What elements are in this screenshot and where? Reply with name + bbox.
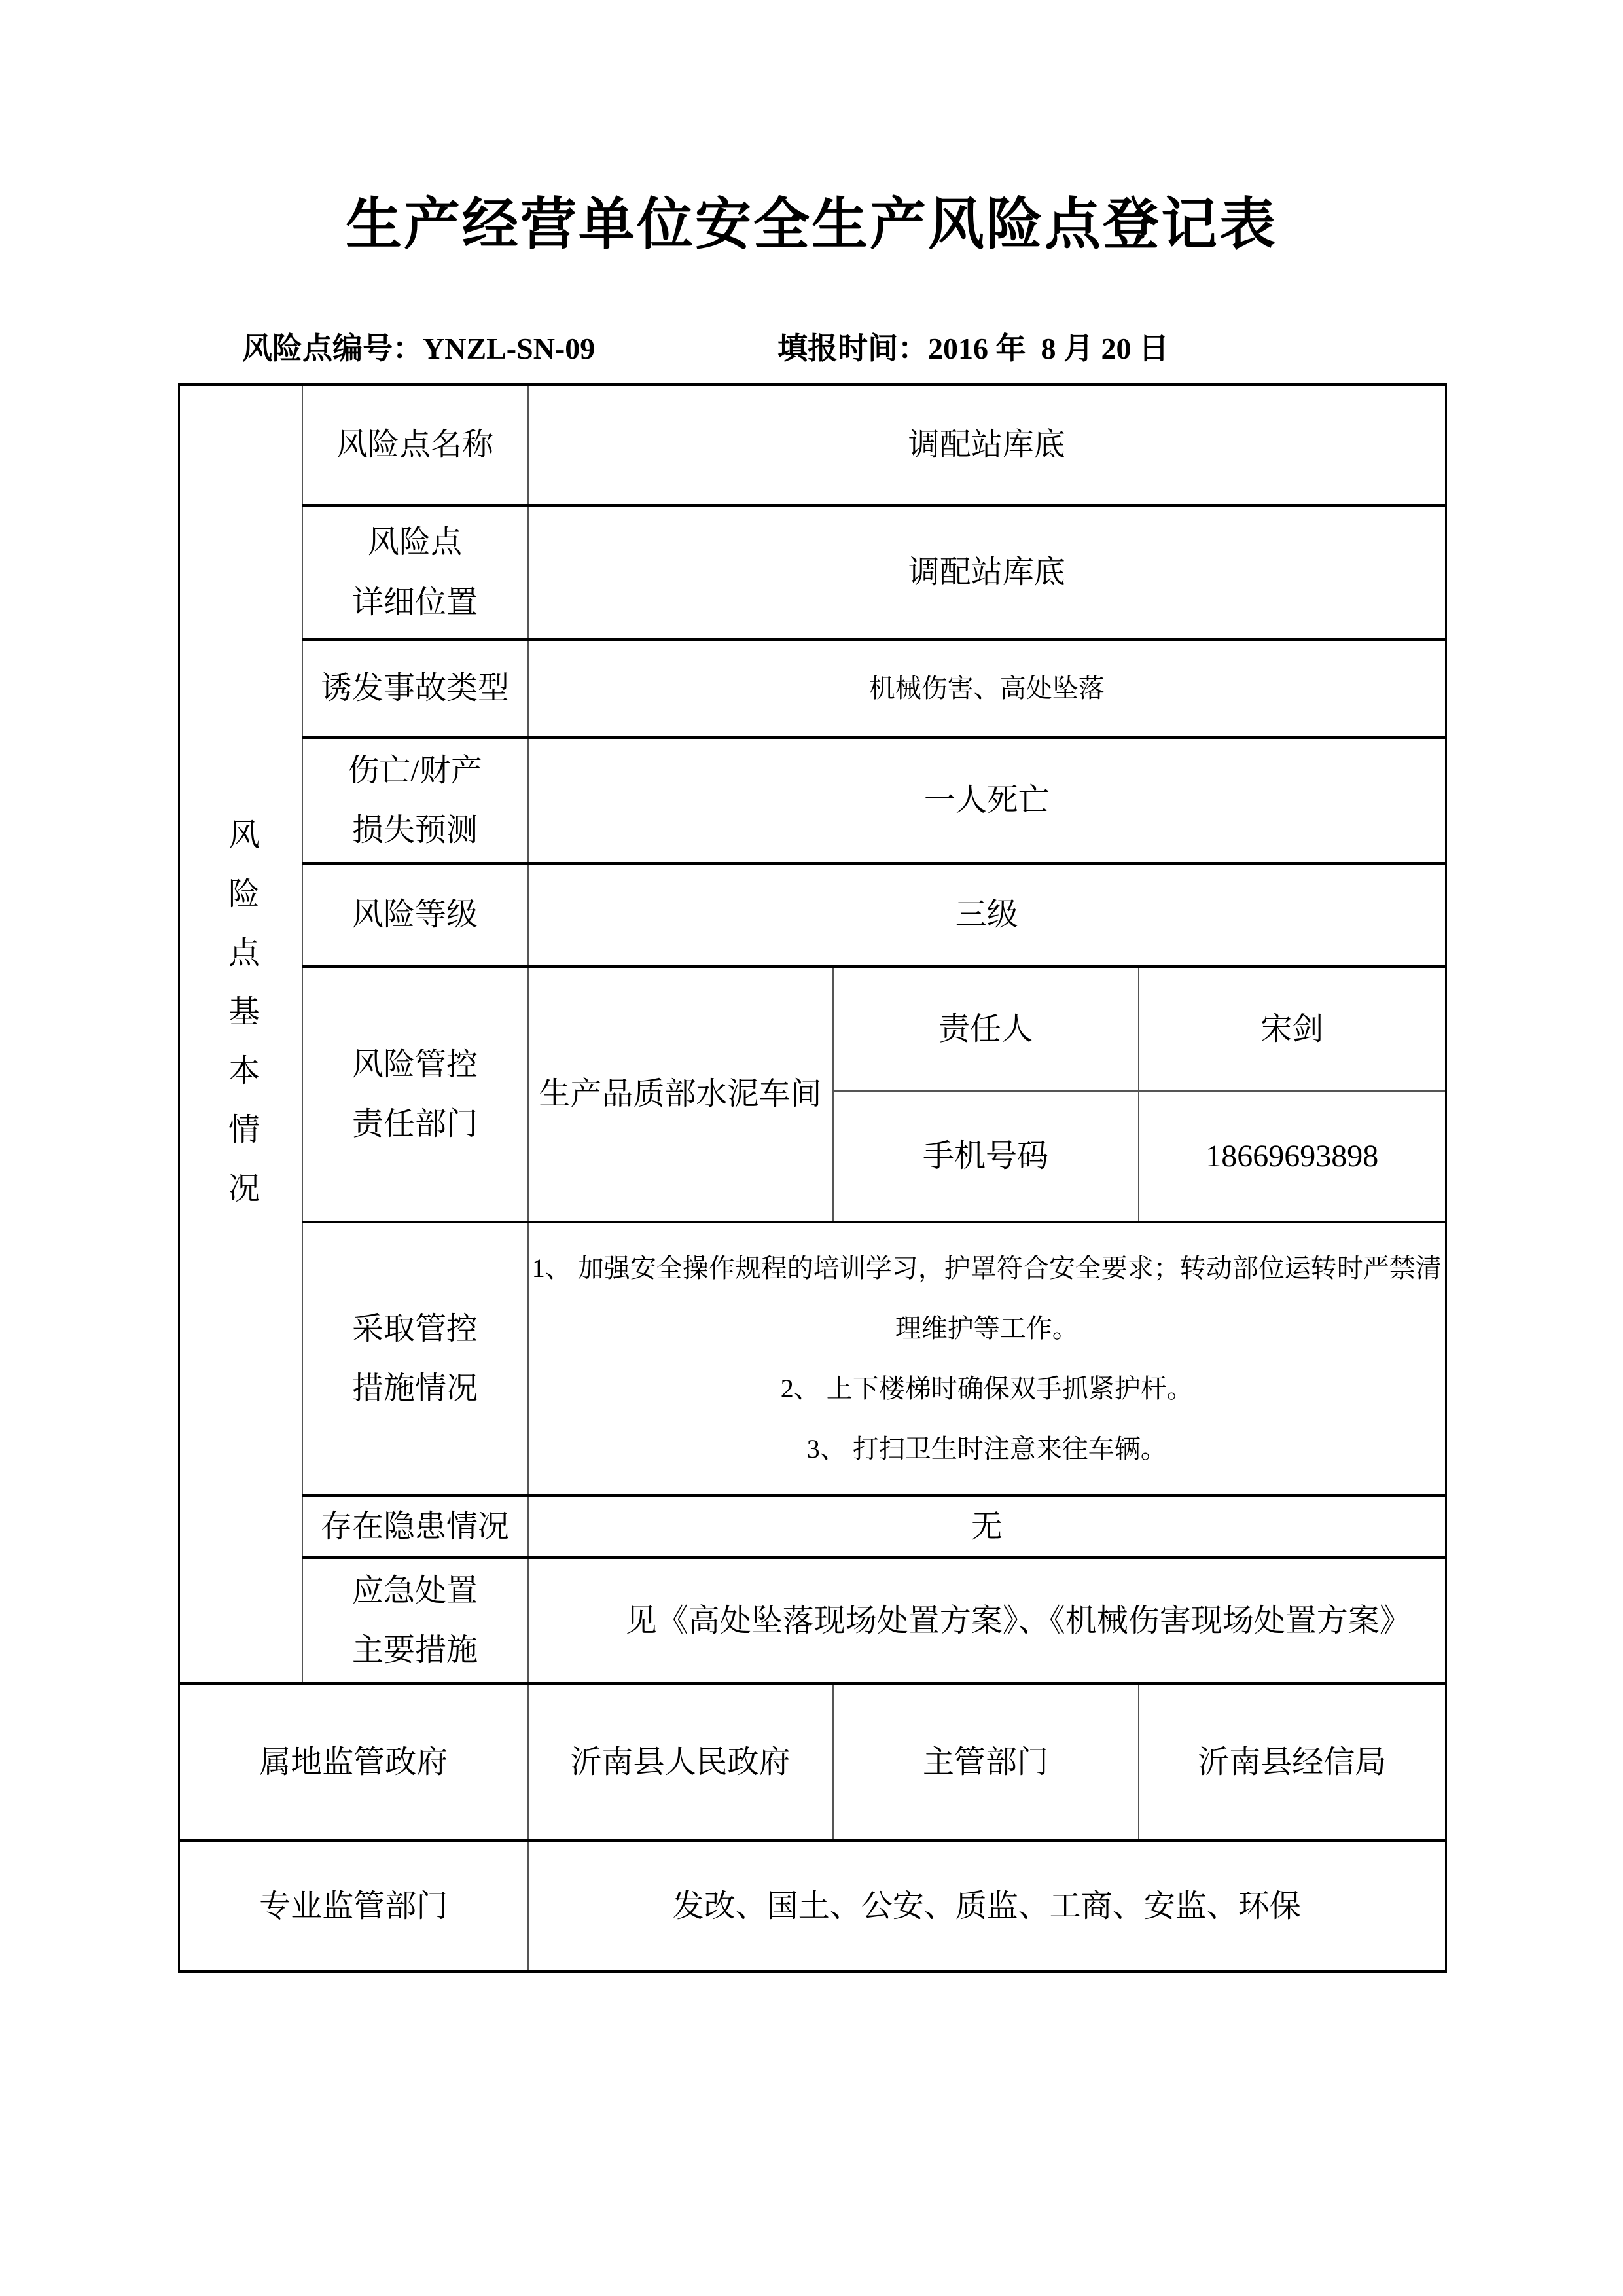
value-accident-type: 机械伤害、高处坠落	[528, 639, 1446, 738]
page-title: 生产经营单位安全生产风险点登记表	[0, 194, 1623, 256]
side-header-text: 风险点基本情况	[222, 818, 260, 1230]
value-local-gov: 沂南县人民政府	[528, 1683, 833, 1840]
side-header-cell: 风险点基本情况	[179, 384, 302, 1683]
value-existing-hazards: 无	[528, 1496, 1446, 1558]
value-emergency-measures: 见《高处坠落现场处置方案》、《机械伤害现场处置方案》	[528, 1558, 1446, 1683]
value-risk-name: 调配站库底	[528, 384, 1446, 505]
label-phone-number: 手机号码	[833, 1091, 1139, 1222]
fill-date: 填报时间：2016 年 8 月 20 日	[777, 326, 1169, 372]
risk-number: 风险点编号：YNZL-SN-09	[242, 326, 595, 372]
value-control-dept: 生产品质部水泥车间	[528, 967, 833, 1222]
label-control-dept: 风险管控 责任部门	[302, 967, 528, 1222]
label-risk-name: 风险点名称	[302, 384, 528, 505]
value-risk-level: 三级	[528, 863, 1446, 967]
label-responsible-person: 责任人	[833, 967, 1139, 1091]
value-prof-supervision: 发改、国土、公安、质监、工商、安监、环保	[528, 1840, 1446, 1971]
label-control-measures: 采取管控 措施情况	[302, 1222, 528, 1496]
value-responsible-person: 宋剑	[1139, 967, 1446, 1091]
value-risk-location: 调配站库底	[528, 505, 1446, 639]
label-accident-type: 诱发事故类型	[302, 639, 528, 738]
value-dept-in-charge: 沂南县经信局	[1139, 1683, 1446, 1840]
fill-date-value: 2016 年 8 月 20 日	[928, 332, 1169, 365]
measure-item-2: 2、 上下楼梯时确保双手抓紧护杆。	[529, 1359, 1446, 1419]
measure-item-1: 1、 加强安全操作规程的培训学习，护罩符合安全要求；转动部位运转时严禁清理维护等…	[529, 1238, 1446, 1359]
value-loss-forecast: 一人死亡	[528, 738, 1446, 863]
label-existing-hazards: 存在隐患情况	[302, 1496, 528, 1558]
risk-number-value: YNZL-SN-09	[423, 332, 595, 365]
label-dept-in-charge: 主管部门	[833, 1683, 1139, 1840]
measure-item-3: 3、 打扫卫生时注意来往车辆。	[529, 1419, 1446, 1479]
risk-register-table: 风险点基本情况 风险点名称 调配站库底 风险点 详细位置 调配站库底 诱发事故类…	[178, 383, 1447, 1973]
label-risk-level: 风险等级	[302, 863, 528, 967]
risk-number-label: 风险点编号：	[242, 332, 423, 365]
label-prof-supervision: 专业监管部门	[179, 1840, 528, 1971]
label-risk-location: 风险点 详细位置	[302, 505, 528, 639]
value-phone-number: 18669693898	[1139, 1091, 1446, 1222]
document-page: 生产经营单位安全生产风险点登记表 风险点编号：YNZL-SN-09 填报时间：2…	[0, 0, 1623, 2296]
meta-line: 风险点编号：YNZL-SN-09 填报时间：2016 年 8 月 20 日	[178, 326, 1445, 372]
label-emergency-measures: 应急处置 主要措施	[302, 1558, 528, 1683]
value-control-measures: 1、 加强安全操作规程的培训学习，护罩符合安全要求；转动部位运转时严禁清理维护等…	[528, 1222, 1446, 1496]
label-loss-forecast: 伤亡/财产 损失预测	[302, 738, 528, 863]
label-local-gov: 属地监管政府	[179, 1683, 528, 1840]
fill-date-label: 填报时间：	[777, 332, 928, 365]
